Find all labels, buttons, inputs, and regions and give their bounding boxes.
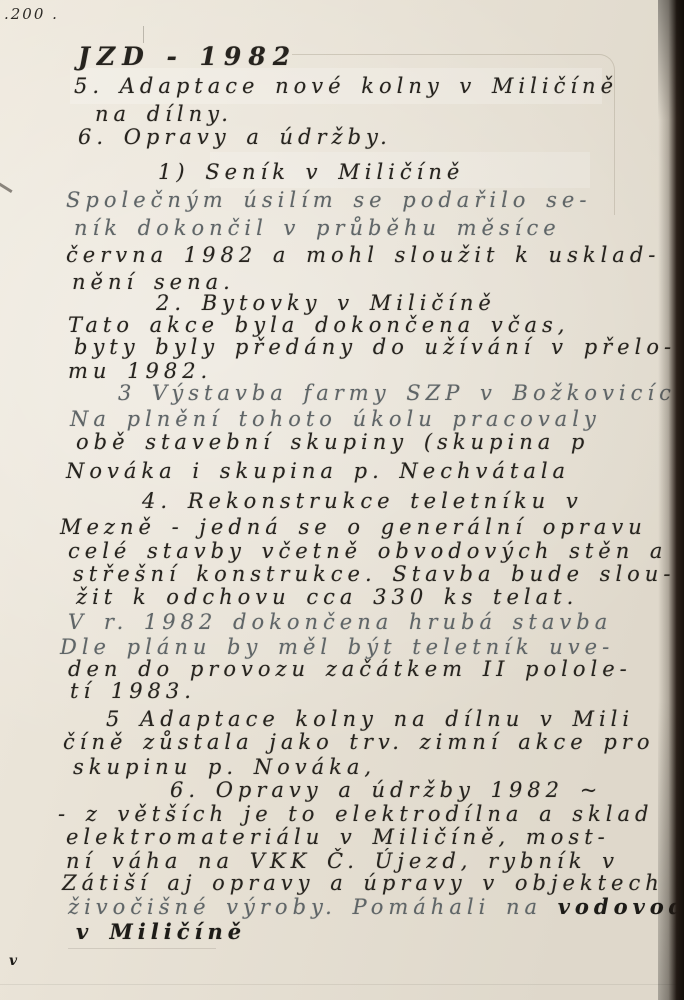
manuscript-line: mu 1982. — [68, 361, 212, 382]
manuscript-line: Společným úsilím se podařilo se- — [66, 190, 591, 211]
manuscript-line: Na plnění tohoto úkolu pracovaly — [70, 409, 601, 430]
manuscript-line: Nováka i skupina p. Nechvátala — [66, 461, 570, 482]
manuscript-text-block: JZD - 1982 5. Adaptace nové kolny v Mili… — [0, 0, 684, 1000]
manuscript-line: 4. Rekonstrukce teletníku v — [142, 491, 583, 512]
document-heading: JZD - 1982 — [78, 42, 297, 71]
manuscript-line: 5 Adaptace kolny na dílnu v Mili — [106, 709, 634, 730]
manuscript-line: Dle plánu by měl být teletník uve- — [60, 637, 614, 658]
manuscript-line: na dílny. — [95, 104, 233, 125]
manuscript-line: v Miličíně — [76, 921, 246, 942]
manuscript-line: 5. Adaptace nové kolny v Miličíně — [74, 76, 618, 97]
manuscript-line: června 1982 a mohl sloužit k usklad- — [66, 245, 660, 266]
manuscript-line: nění sena. — [72, 272, 235, 293]
manuscript-line: Mezně - jedná se o generální opravu — [60, 517, 647, 538]
manuscript-line: 3 Výstavba farmy SZP v Božkovicích. — [118, 383, 684, 404]
manuscript-line: 6. Opravy a údržby 1982 ~ — [170, 780, 602, 801]
manuscript-line: číně zůstala jako trv. zimní akce pro — [63, 732, 654, 753]
manuscript-line: žit k odchovu cca 330 ks telat. — [76, 587, 578, 608]
manuscript-line: 1) Seník v Miličíně — [158, 162, 464, 183]
manuscript-line: obě stavební skupiny (skupina p — [76, 432, 589, 453]
manuscript-line: elektromateriálu v Miličíně, most- — [66, 827, 610, 848]
book-edge-shadow — [658, 0, 684, 1000]
manuscript-line: 6. Opravy a údržby. — [78, 127, 392, 148]
manuscript-line: tí 1983. — [70, 681, 196, 702]
manuscript-line: celé stavby včetně obvodových stěn a — [68, 541, 667, 562]
manuscript-line: živočišné výroby. Pomáhali na vodovodu — [68, 896, 684, 918]
manuscript-line: ní váha na VKK Č. Újezd, rybník v — [66, 851, 619, 872]
manuscript-line: ník dokončil v průběhu měsíce — [74, 218, 561, 239]
manuscript-line: skupinu p. Nováka, — [73, 757, 376, 778]
manuscript-line: den do provozu začátkem II polole- — [68, 659, 632, 680]
check-mark: v — [9, 953, 17, 969]
scanned-chronicle-page: .200 . JZD - 1982 5. Adaptace nové kolny… — [0, 0, 684, 1000]
manuscript-line: - z větších je to elektrodílna a sklad — [58, 804, 653, 825]
manuscript-line: Zátiší aj opravy a úpravy v objektech — [62, 873, 664, 894]
manuscript-line: V r. 1982 dokončena hrubá stavba — [68, 612, 612, 633]
manuscript-line: Tato akce byla dokončena včas, — [68, 315, 569, 336]
manuscript-line: 2. Bytovky v Miličíně — [156, 293, 496, 314]
manuscript-line: byty byly předány do užívání v přelo- — [74, 337, 676, 358]
manuscript-line: střešní konstrukce. Stavba bude slou- — [73, 564, 675, 585]
